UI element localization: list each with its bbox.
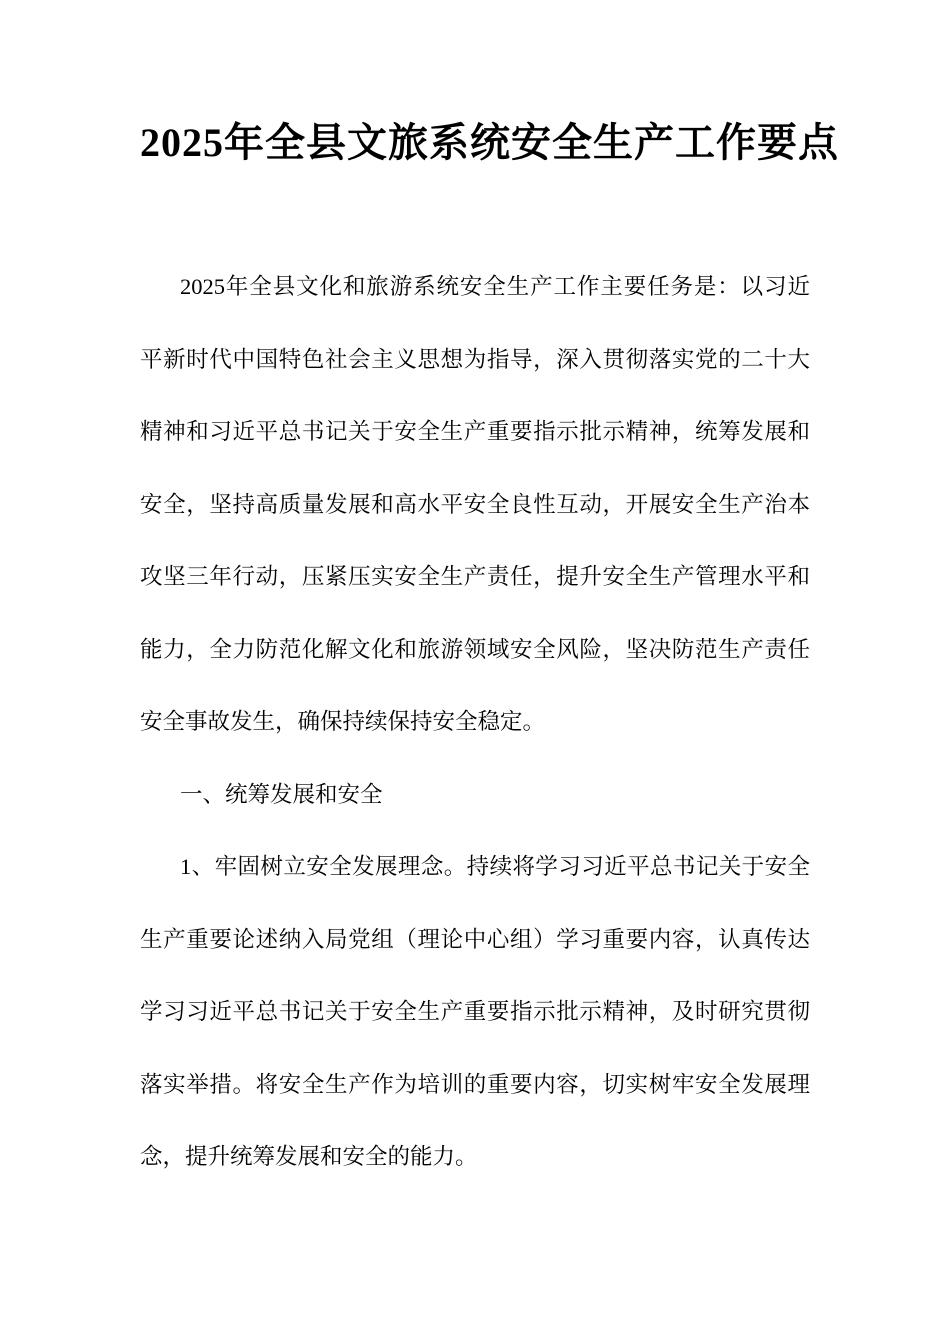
paragraph-1-line-6: 能力，全力防范化解文化和旅游领域安全风险，坚决防范生产责任 [140, 614, 810, 687]
document-body: 2025年全县文化和旅游系统安全生产工作主要任务是：以习近 平新时代中国特色社会… [140, 251, 810, 1194]
paragraph-1-line-3: 精神和习近平总书记关于安全生产重要指示批示精神，统筹发展和 [140, 396, 810, 469]
paragraph-1-line-5: 攻坚三年行动，压紧压实安全生产责任，提升安全生产管理水平和 [140, 541, 810, 614]
paragraph-2-line-1: 1、牢固树立安全发展理念。持续将学习习近平总书记关于安全 [140, 831, 810, 904]
section-heading-1: 一、统筹发展和安全 [140, 759, 810, 832]
paragraph-2-line-2: 生产重要论述纳入局党组（理论中心组）学习重要内容，认真传达 [140, 904, 810, 977]
paragraph-2-line-4: 落实举措。将安全生产作为培训的重要内容，切实树牢安全发展理 [140, 1049, 810, 1122]
paragraph-1-line-2: 平新时代中国特色社会主义思想为指导，深入贯彻落实党的二十大 [140, 324, 810, 397]
paragraph-1-line-4: 安全，坚持高质量发展和高水平安全良性互动，开展安全生产治本 [140, 469, 810, 542]
paragraph-1-line-7: 安全事故发生，确保持续保持安全稳定。 [140, 686, 810, 759]
document-title: 2025年全县文旅系统安全生产工作要点 [140, 112, 810, 174]
paragraph-2-line-5: 念，提升统筹发展和安全的能力。 [140, 1121, 810, 1194]
paragraph-2-line-3: 学习习近平总书记关于安全生产重要指示批示精神，及时研究贯彻 [140, 976, 810, 1049]
document-page: 2025年全县文旅系统安全生产工作要点 2025年全县文化和旅游系统安全生产工作… [0, 0, 950, 1344]
paragraph-1-line-1: 2025年全县文化和旅游系统安全生产工作主要任务是：以习近 [140, 251, 810, 324]
